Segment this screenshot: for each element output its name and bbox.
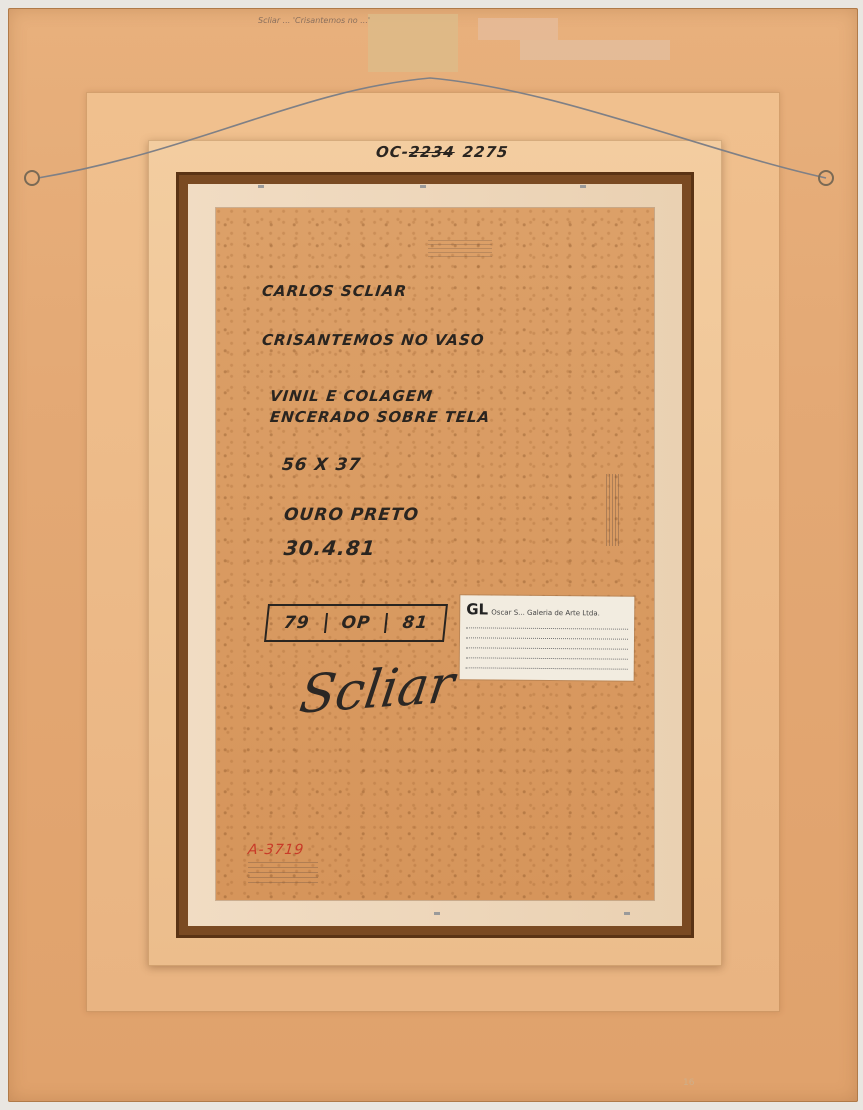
dimensions: 56 X 37 [281, 455, 362, 475]
pencil-note-top: Scliar ... 'Crisantemos no ...' [258, 16, 370, 25]
inventory-struck: 2234 [408, 143, 456, 161]
signature: Scliar [296, 654, 458, 725]
label-line [466, 620, 628, 629]
inventory-number: OC-22342275 [375, 143, 509, 161]
inventory-prefix: OC- [375, 143, 410, 161]
tape-remnant [520, 40, 670, 60]
eyelet-right [818, 170, 834, 186]
artwork-title: CRISANTEMOS NO VASO [261, 331, 485, 349]
tape-remnant [478, 18, 558, 40]
backing-board [216, 208, 654, 900]
staple [420, 185, 426, 188]
ink-stamp-vertical [606, 474, 620, 546]
technique-line-1: VINIL E COLAGEM [269, 387, 434, 405]
code-box-cell: OP [324, 613, 385, 633]
gallery-label: GL Oscar S... Galeria de Arte Ltda. [460, 595, 635, 681]
red-inventory-number: A-3719 [247, 842, 305, 858]
eyelet-left [24, 170, 40, 186]
gallery-name: Oscar S... Galeria de Arte Ltda. [491, 609, 600, 618]
code-box-cell: 79 [267, 613, 326, 633]
label-line [466, 630, 628, 639]
ink-stamp [248, 862, 318, 886]
staple [434, 912, 440, 915]
ink-stamp [428, 240, 492, 258]
staple [624, 912, 630, 915]
pencil-note-bottom: 16 [683, 1078, 694, 1088]
gallery-logo: GL [466, 600, 486, 618]
code-box: 79 OP 81 [264, 604, 448, 642]
code-box-cell: 81 [384, 613, 445, 633]
technique-line-2: ENCERADO SOBRE TELA [269, 408, 491, 426]
label-line [466, 660, 628, 669]
inventory-current: 2275 [462, 143, 510, 161]
artist-name: CARLOS SCLIAR [261, 282, 408, 300]
tape-remnant [368, 14, 458, 72]
staple [258, 185, 264, 188]
place: OURO PRETO [283, 505, 420, 525]
label-line [466, 640, 628, 649]
staple [580, 185, 586, 188]
date: 30.4.81 [283, 536, 377, 560]
label-line [466, 650, 628, 659]
